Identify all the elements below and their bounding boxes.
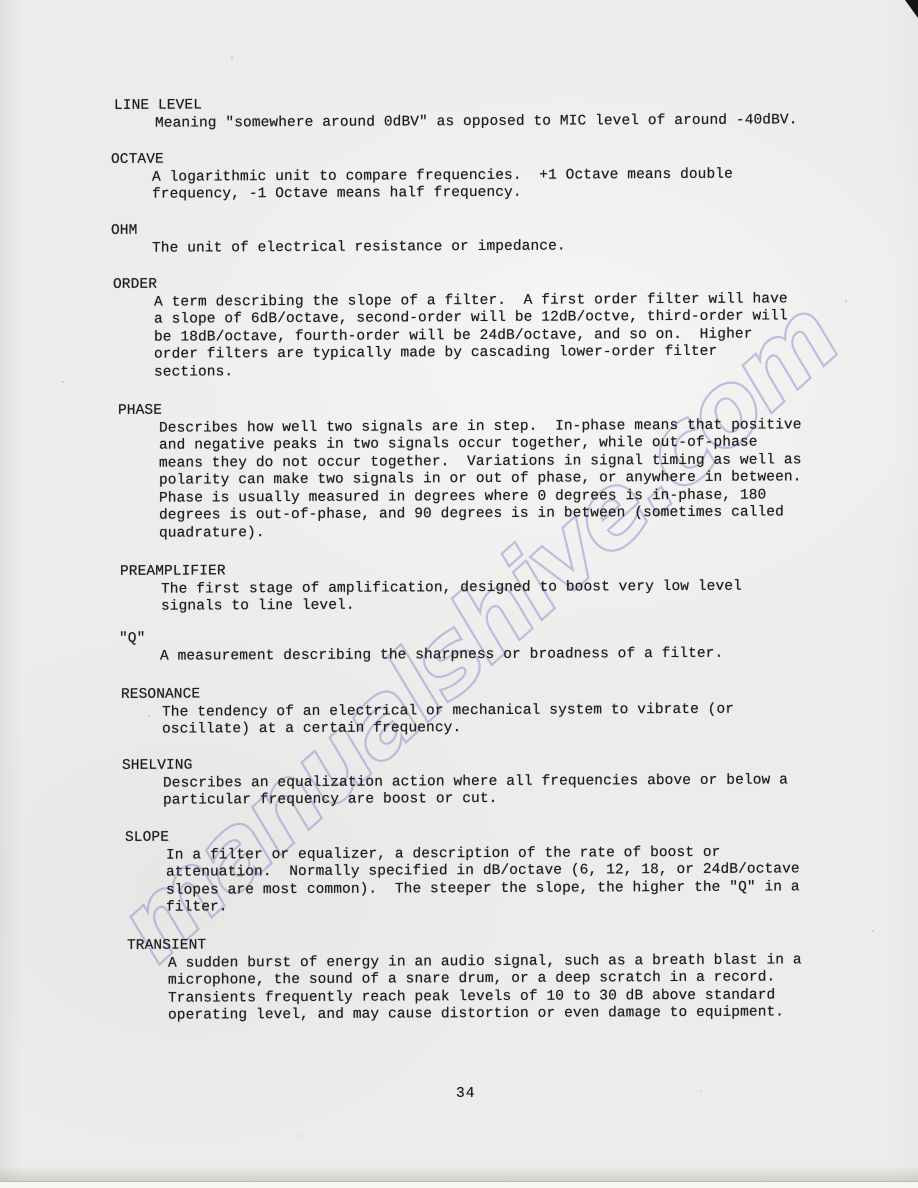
glossary-definition: A sudden burst of energy in an audio sig… [168,952,848,1026]
glossary-definition: A logarithmic unit to compare frequencie… [152,166,832,205]
scanned-page: manualshive.com LINE LEVEL Meaning "some… [0,0,918,1188]
glossary-entry: ORDER A term describing the slope of a f… [113,273,834,382]
page-bottom-edge [0,1181,918,1188]
glossary-entry: TRANSIENT A sudden burst of energy in an… [127,934,848,1025]
page-edge-shadow [0,1166,918,1181]
glossary-entry: SLOPE In a filter or equalizer, a descri… [125,826,846,917]
glossary-entry: RESONANCE The tendency of an electrical … [121,683,842,739]
glossary-definition: A measurement describing the sharpness o… [160,645,840,666]
glossary-entry: "Q" A measurement describing the sharpne… [119,627,840,666]
scan-speckles [0,0,2,2]
page-number: 34 [456,1086,475,1104]
glossary-entry: PREAMPLIFIER The first stage of amplific… [120,560,841,616]
glossary-definition: The unit of electrical resistance or imp… [152,237,832,258]
glossary-definition: The first stage of amplification, design… [161,578,841,617]
glossary-definition: Describes how well two signals are in st… [159,417,839,543]
glossary-definition: Meaning "somewhere around 0dBV" as oppos… [155,112,835,133]
glossary-definition: Describes an equalization action where a… [163,772,843,811]
glossary-content: LINE LEVEL Meaning "somewhere around 0dB… [0,0,918,1188]
glossary-definition: A term describing the slope of a filter.… [154,291,834,382]
glossary-entry: PHASE Describes how well two signals are… [118,399,839,543]
glossary-entry: OHM The unit of electrical resistance or… [111,219,832,258]
glossary-definition: In a filter or equalizer, a description … [166,844,846,918]
glossary-entry: SHELVING Describes an equalization actio… [122,754,843,810]
glossary-definition: The tendency of an electrical or mechani… [162,701,842,740]
glossary-entry: LINE LEVEL Meaning "somewhere around 0dB… [114,94,835,133]
glossary-entry: OCTAVE A logarithmic unit to compare fre… [111,148,832,204]
